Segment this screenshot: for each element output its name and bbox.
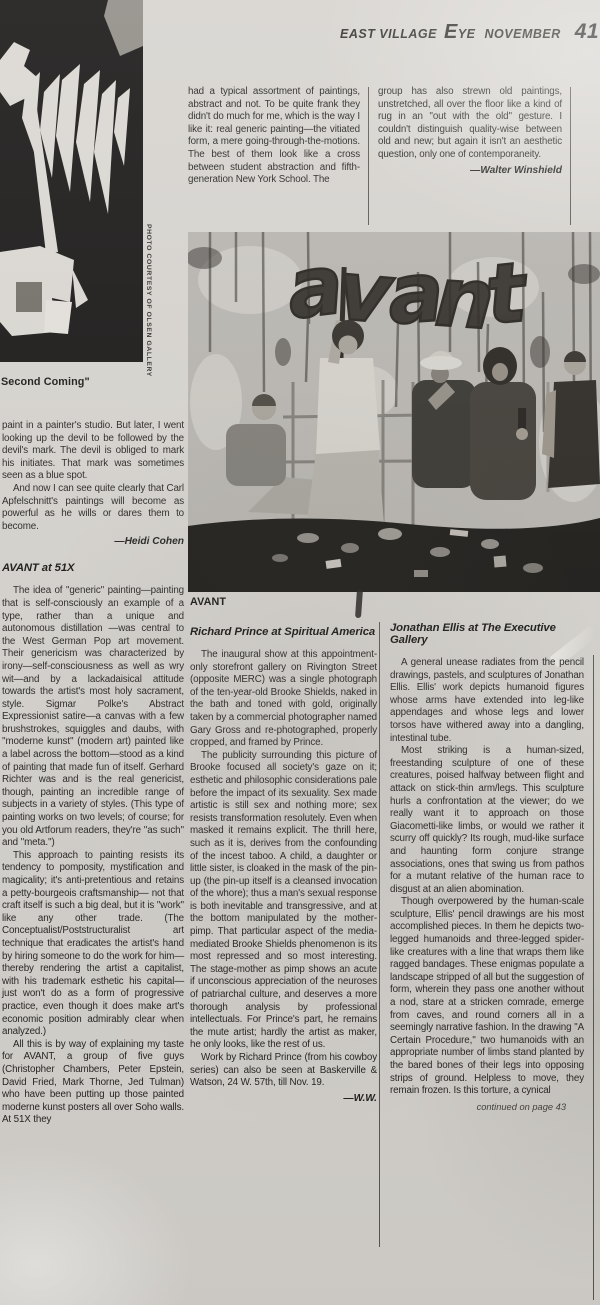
page-edge-rule xyxy=(593,655,594,1300)
paragraph: Though overpowered by the human-scale sc… xyxy=(390,896,584,1098)
left-artwork-image xyxy=(0,0,143,362)
paragraph: group has also strewn old paintings, uns… xyxy=(378,86,562,162)
paragraph: Most striking is a human-sized, freestan… xyxy=(390,745,584,896)
column-rule xyxy=(368,87,369,225)
paragraph: The publicity surrounding this picture o… xyxy=(190,750,377,1052)
paragraph: The inaugural show at this appointment-o… xyxy=(190,649,377,750)
continued-on-page: continued on page 43 xyxy=(390,1102,584,1112)
masthead-title: EAST VILLAGE xyxy=(340,27,437,41)
paragraph: And now I can see quite clearly that Car… xyxy=(2,483,184,533)
torn-paper-artwork xyxy=(0,0,143,362)
column-rule xyxy=(570,87,571,225)
byline-walter-winshield: —Walter Winshield xyxy=(378,165,562,176)
column-rule xyxy=(379,622,380,1247)
heading-avant-at-51x: AVANT at 51X xyxy=(2,562,184,574)
masthead-eye-initial: E xyxy=(444,21,458,44)
byline-ww: —W.W. xyxy=(190,1093,377,1104)
photo-credit-vertical: PHOTO COURTESY OF OLSEN GALLERY xyxy=(145,224,152,390)
paragraph: Work by Richard Prince (from his cowboy … xyxy=(190,1052,377,1090)
paragraph: This approach to painting resists its te… xyxy=(2,850,184,1039)
ellis-article-column: Jonathan Ellis at The Executive Gallery … xyxy=(390,622,584,1121)
paragraph: All this is by way of explaining my tast… xyxy=(2,1039,184,1127)
avant-photo-art: a v a n t xyxy=(188,232,600,592)
paragraph: had a typical assortment of paintings, a… xyxy=(188,86,360,187)
masthead-eye-rest: YE xyxy=(458,27,476,41)
artwork-caption: Second Coming" xyxy=(1,376,90,388)
heading-jonathan-ellis: Jonathan Ellis at The Executive Gallery xyxy=(390,622,584,646)
newspaper-page: EAST VILLAGE E YE NOVEMBER 41 xyxy=(0,0,600,1305)
prince-article-column: Richard Prince at Spiritual America The … xyxy=(190,626,377,1104)
top-middle-column: had a typical assortment of paintings, a… xyxy=(188,86,360,187)
avant-graffiti: a v a n t xyxy=(282,237,533,348)
byline-heidi-cohen: —Heidi Cohen xyxy=(2,536,184,547)
left-column: paint in a painter's studio. But later, … xyxy=(2,420,184,1127)
page-number: 41 xyxy=(575,20,599,44)
paragraph: A general unease radiates from the penci… xyxy=(390,657,584,745)
top-right-column: group has also strewn old paintings, uns… xyxy=(378,86,562,176)
scan-artifact xyxy=(355,589,363,618)
photo-caption: AVANT xyxy=(190,596,226,608)
paragraph: The idea of ''generic'' painting—paintin… xyxy=(2,585,184,849)
paragraph: paint in a painter's studio. But later, … xyxy=(2,420,184,483)
artwork-inner-square xyxy=(16,282,42,312)
masthead: EAST VILLAGE E YE NOVEMBER 41 xyxy=(340,20,565,44)
avant-group-photo: a v a n t xyxy=(188,232,600,592)
heading-richard-prince: Richard Prince at Spiritual America xyxy=(190,626,377,638)
masthead-month: NOVEMBER xyxy=(485,27,561,41)
